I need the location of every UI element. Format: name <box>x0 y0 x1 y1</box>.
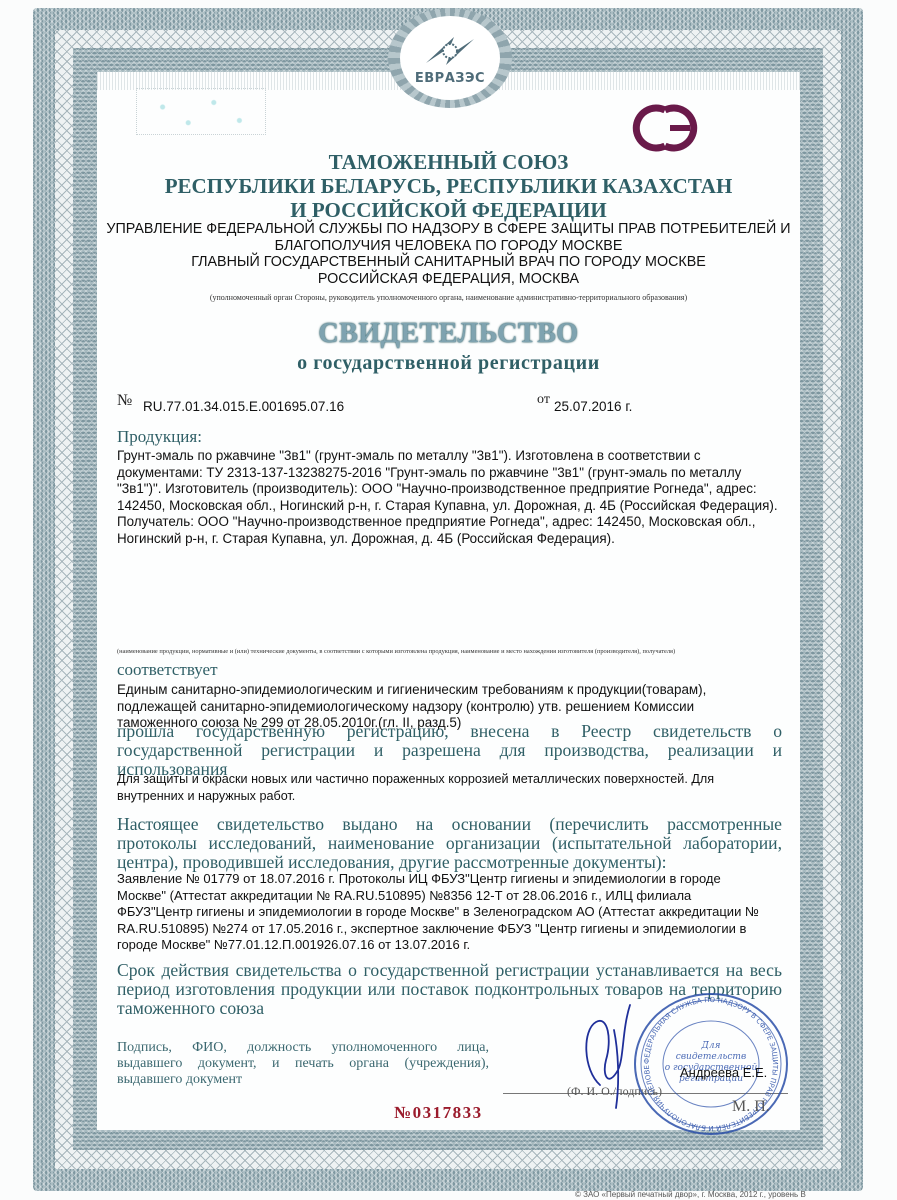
product-line: 142450, Московская обл., Ногинский р-н, … <box>117 498 782 515</box>
date-label: от <box>537 392 550 408</box>
usage-description: Для защиты и окраски новых или частично … <box>117 771 782 804</box>
emblem-text: ЕВРАЗЭС <box>415 71 485 86</box>
union-line: РЕСПУБЛИКИ БЕЛАРУСЬ, РЕСПУБЛИКИ КАЗАХСТА… <box>97 174 800 198</box>
issuing-authority: УПРАВЛЕНИЕ ФЕДЕРАЛЬНОЙ СЛУЖБЫ ПО НАДЗОРУ… <box>97 221 800 287</box>
product-label: Продукция: <box>117 427 782 447</box>
product-description: Грунт-эмаль по ржавчине "3в1" (грунт-эма… <box>117 448 782 547</box>
product-line: документами: ТУ 2313-137-13238275-2016 "… <box>117 465 782 482</box>
basis-line: RA.RU.510895) №274 от 17.05.2016 г., экс… <box>117 921 782 938</box>
eurasec-emblem: ЕВРАЗЭС <box>388 8 512 108</box>
product-line: Грунт-эмаль по ржавчине "3в1" (грунт-эма… <box>117 448 782 465</box>
authority-caption: (уполномоченный орган Стороны, руководит… <box>97 293 800 302</box>
certificate-subtitle: о государственной регистрации <box>97 352 800 375</box>
authority-line: РОССИЙСКАЯ ФЕДЕРАЦИЯ, МОСКВА <box>97 271 800 288</box>
authority-line: УПРАВЛЕНИЕ ФЕДЕРАЛЬНОЙ СЛУЖБЫ ПО НАДЗОРУ… <box>97 221 800 238</box>
basis-label: Настоящее свидетельство выдано на основа… <box>117 815 782 872</box>
product-line: Получатель: ООО "Научно-производственное… <box>117 514 782 531</box>
seal-label: М. П. <box>732 1098 770 1116</box>
authority-line: ГЛАВНЫЙ ГОСУДАРСТВЕННЫЙ САНИТАРНЫЙ ВРАЧ … <box>97 254 800 271</box>
security-pattern <box>136 88 266 135</box>
conformity-line: подлежащей санитарно-эпидемиологическому… <box>117 699 782 716</box>
registration-date: 25.07.2016 г. <box>554 399 632 414</box>
product-line: "3в1")". Изготовитель (производитель): О… <box>117 481 782 498</box>
signature-scribble-icon <box>578 1000 638 1110</box>
basis-line: Заявление № 01779 от 18.07.2016 г. Прото… <box>117 871 782 888</box>
usage-line: внутренних и наружных работ. <box>117 788 782 805</box>
conformity-label: соответствует <box>117 660 782 680</box>
registration-row: № RU.77.01.34.015.Е.001695.07.16 от 25.0… <box>117 392 782 418</box>
signer-name: Андреева Е.Е. <box>680 1065 767 1080</box>
number-label: № <box>117 392 132 410</box>
basis-line: ФБУЗ"Центр гигиены и эпидемиологии в гор… <box>117 904 782 921</box>
basis-documents: Заявление № 01779 от 18.07.2016 г. Прото… <box>117 871 782 954</box>
usage-line: Для защиты и окраски новых или частично … <box>117 771 782 788</box>
printer-footer: © ЗАО «Первый печатный двор», г. Москва,… <box>575 1190 806 1199</box>
svg-text:Для: Для <box>700 1041 720 1051</box>
customs-union-title: ТАМОЖЕННЫЙ СОЮЗ РЕСПУБЛИКИ БЕЛАРУСЬ, РЕС… <box>97 150 800 222</box>
product-caption: (наименование продукции, нормативные и (… <box>117 648 782 655</box>
svg-text:свидетельств: свидетельств <box>676 1052 746 1062</box>
eurasec-logo-icon <box>420 33 480 69</box>
certificate-title: СВИДЕТЕЛЬСТВО <box>97 318 800 350</box>
union-line: ТАМОЖЕННЫЙ СОЮЗ <box>97 150 800 174</box>
ce-conformity-logo-icon <box>632 102 704 154</box>
conformity-line: Единым санитарно-эпидемиологическим и ги… <box>117 682 782 699</box>
basis-line: городе Москве" №77.01.12.П.001926.07.16 … <box>117 937 782 954</box>
product-line: Ногинский р-н, г. Старая Купавна, ул. До… <box>117 531 782 548</box>
basis-line: Москве" (Аттестат аккредитации № RA.RU.5… <box>117 888 782 905</box>
union-line: И РОССИЙСКОЙ ФЕДЕРАЦИИ <box>97 198 800 222</box>
form-serial-number: №0317833 <box>394 1103 483 1123</box>
signature-caption: Подпись, ФИО, должность уполномоченного … <box>117 1040 489 1088</box>
registration-number: RU.77.01.34.015.Е.001695.07.16 <box>143 399 344 414</box>
authority-line: БЛАГОПОЛУЧИЯ ЧЕЛОВЕКА ПО ГОРОДУ МОСКВЕ <box>97 238 800 255</box>
